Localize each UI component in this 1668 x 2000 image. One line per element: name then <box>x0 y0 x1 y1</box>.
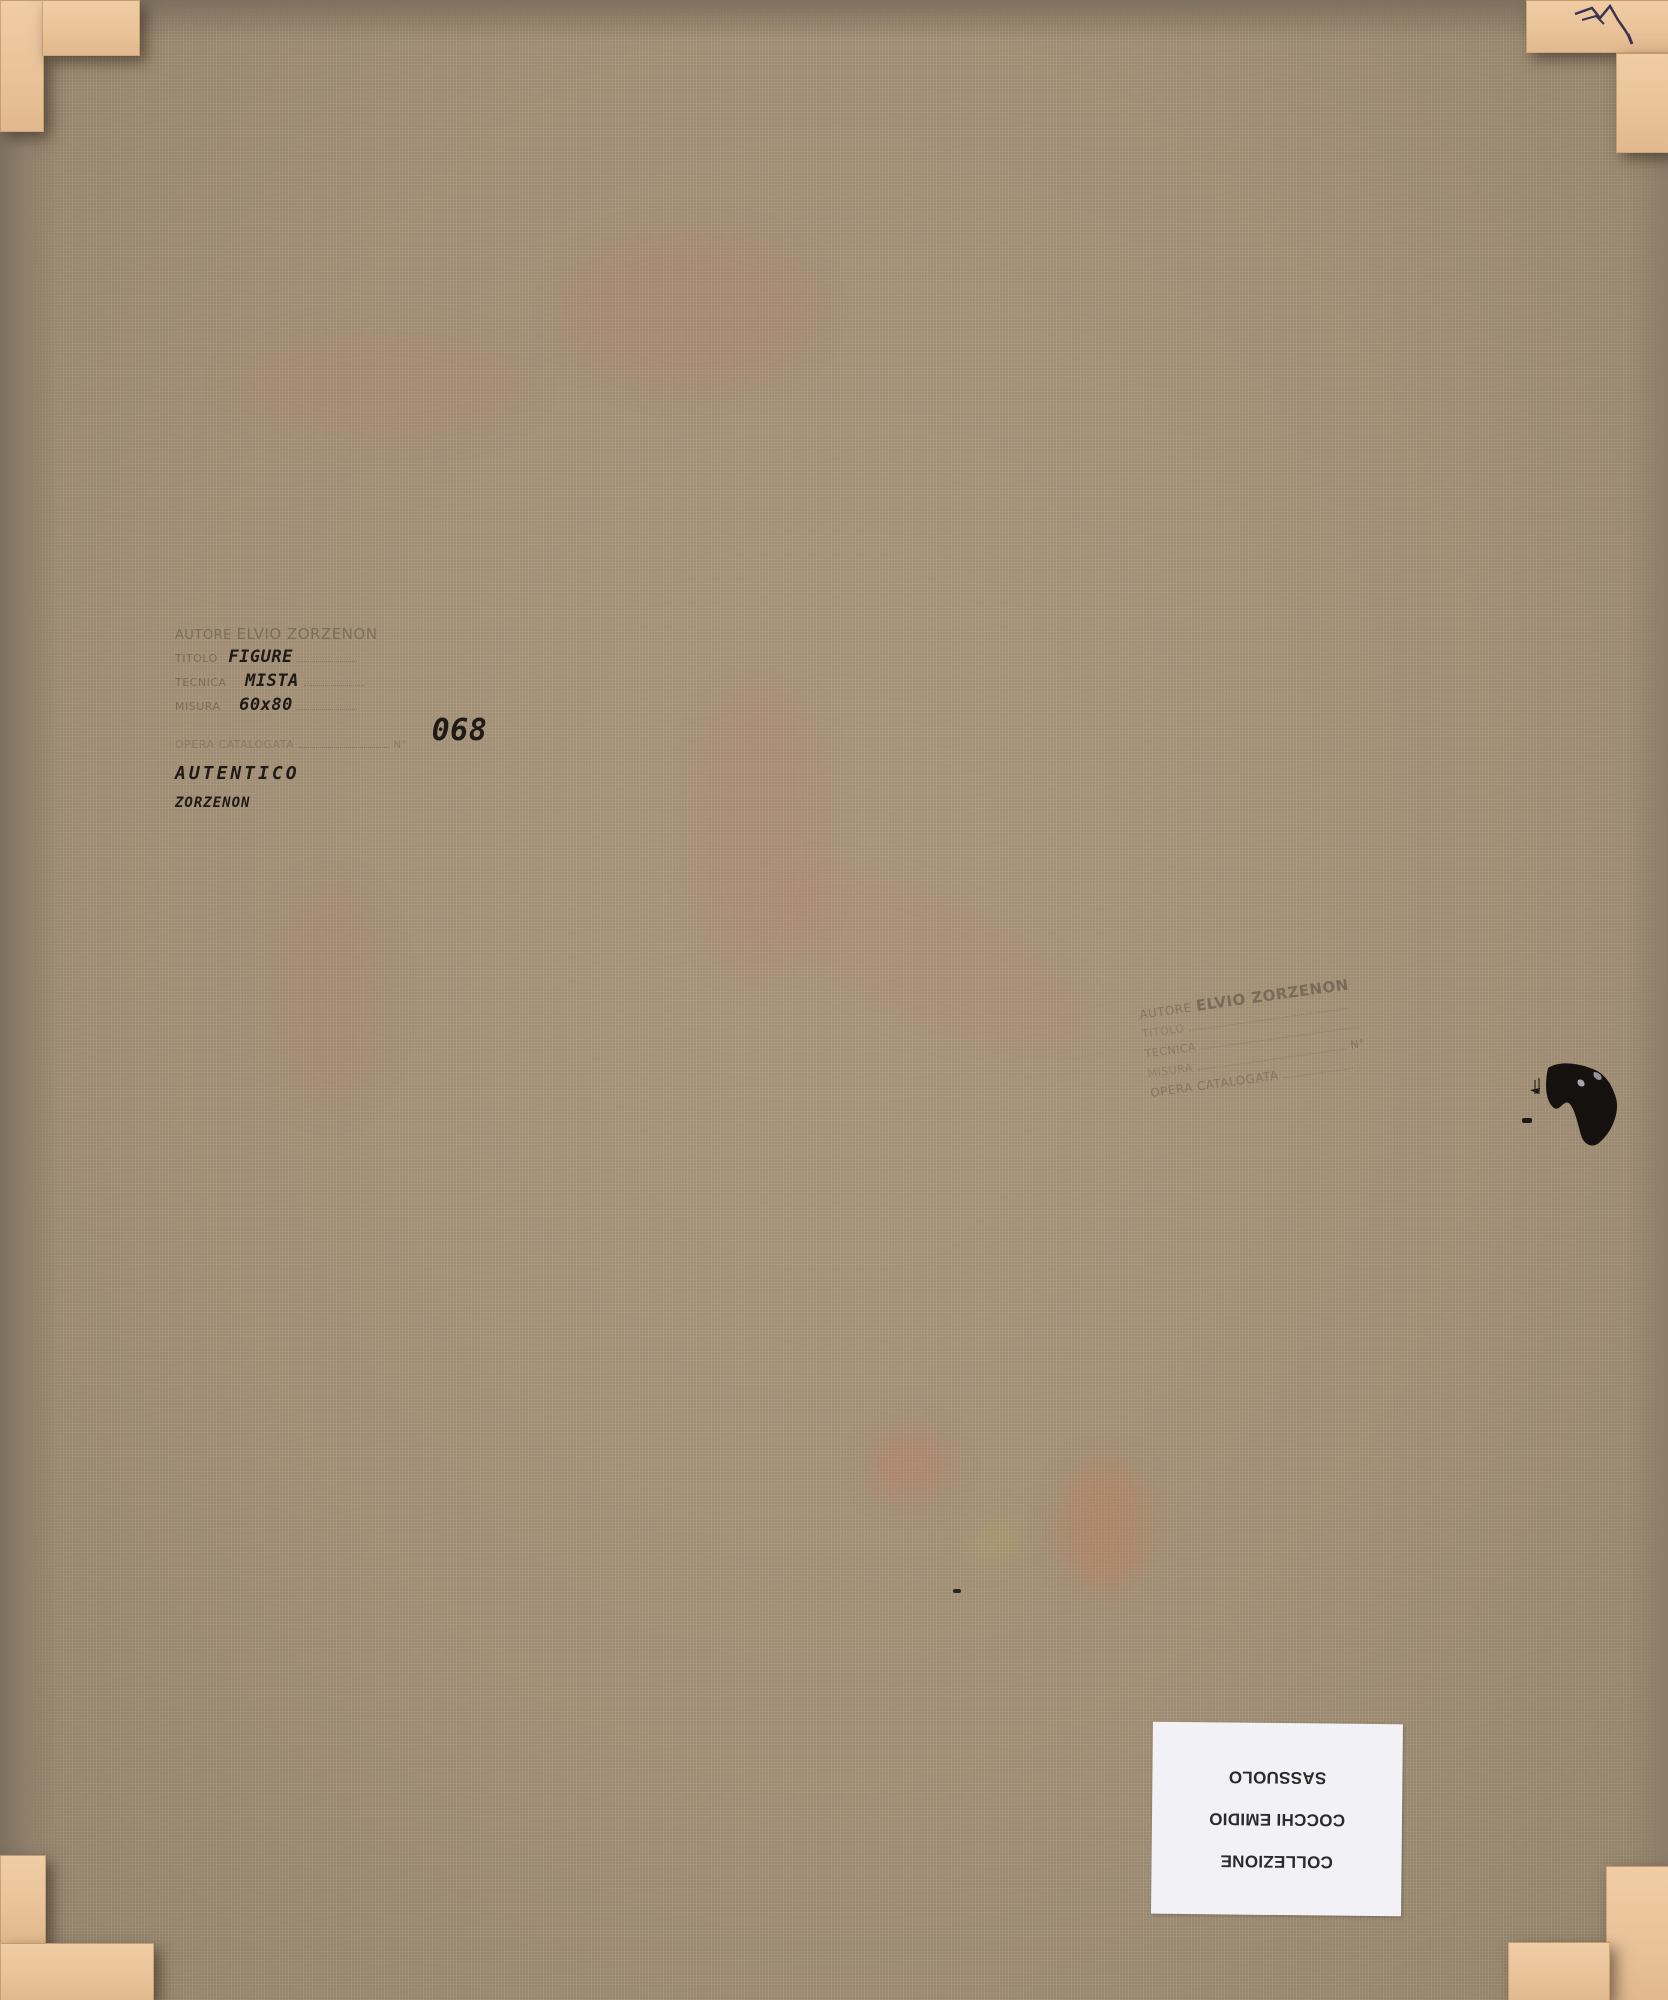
stain <box>270 880 390 1110</box>
stamp-autore-value: ELVIO ZORZENON <box>236 625 377 643</box>
stamp-numero-value: 068 <box>432 713 488 748</box>
left-edge-shadow <box>0 0 60 2000</box>
corner-wedge-bottom-left-horizontal <box>0 1943 154 2000</box>
collection-label-line1: COLLEZIONE <box>1220 1839 1333 1882</box>
dotted-line <box>304 677 364 686</box>
collection-label: COLLEZIONE COCCHI EMIDIO SASSUOLO <box>1151 1722 1403 1917</box>
artist-stamp-blank: AUTORE ELVIO ZORZENON TITOLO TECNICA MIS… <box>1138 972 1392 1124</box>
dotted-line <box>297 701 357 710</box>
stamp-titolo-value: FIGURE <box>228 647 292 667</box>
stamp-tecnica-value: MISTA <box>245 671 299 691</box>
right-edge-shadow <box>1628 0 1668 2000</box>
stain <box>751 834 1110 1086</box>
stamp-tecnica-label: TECNICA <box>175 676 227 689</box>
stain <box>870 1430 950 1500</box>
artist-stamp-filled: AUTORE ELVIO ZORZENON TITOLO FIGURE TECN… <box>175 625 535 845</box>
handwritten-signature: ZORZENON <box>175 795 250 811</box>
stain <box>1060 1460 1150 1590</box>
handwritten-autentico: AUTENTICO <box>175 763 300 784</box>
stamp-tecnica-label: TECNICA <box>1144 1040 1197 1060</box>
collection-label-line3: SASSUOLO <box>1228 1755 1326 1798</box>
corner-wedge-bottom-right-horizontal <box>1508 1942 1610 2000</box>
marker-scribble-icon <box>1570 0 1660 45</box>
corner-wedge-top-left-horizontal <box>42 0 140 56</box>
corner-wedge-top-right-vertical <box>1616 53 1668 153</box>
stamp-numero-label: N° <box>393 740 406 751</box>
stain <box>968 1519 1022 1563</box>
stamp-opera-label: OPERA CATALOGATA <box>175 738 294 751</box>
dotted-line <box>297 653 357 662</box>
dotted-line <box>1282 1060 1353 1079</box>
stamp-titolo-label: TITOLO <box>1141 1022 1185 1041</box>
stamp-misura-label: MISURA <box>175 700 221 713</box>
stamp-titolo-label: TITOLO <box>175 652 218 665</box>
stain <box>560 230 820 390</box>
paint-blot-icon <box>1520 1050 1630 1160</box>
corner-wedge-top-left-vertical <box>0 0 44 132</box>
top-edge-shadow <box>0 0 1668 40</box>
corner-wedge-bottom-right-vertical <box>1606 1866 1668 2000</box>
canvas-back: AUTORE ELVIO ZORZENON TITOLO FIGURE TECN… <box>0 0 1668 2000</box>
dark-speck <box>953 1589 961 1593</box>
dotted-line <box>299 739 389 748</box>
stamp-numero-label: N° <box>1350 1037 1366 1052</box>
corner-wedge-bottom-left-vertical <box>0 1855 46 1945</box>
stamp-misura-value: 60x80 <box>239 695 293 715</box>
stain <box>230 330 530 440</box>
stamp-misura-label: MISURA <box>1147 1061 1194 1080</box>
collection-label-line2: COCCHI EMIDIO <box>1209 1797 1346 1840</box>
stamp-autore-label: AUTORE <box>175 628 232 643</box>
stamp-autore-label: AUTORE <box>1138 1001 1192 1022</box>
